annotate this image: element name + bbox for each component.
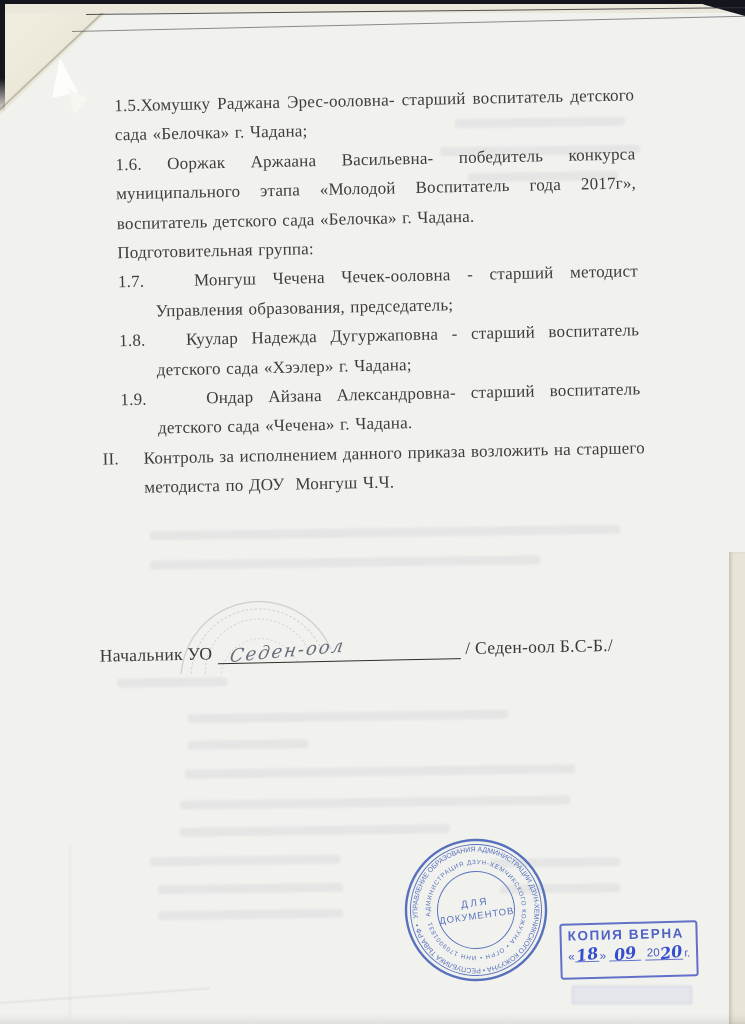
stamp-center-line2: ДОКУМЕНТОВ — [439, 906, 516, 927]
copy-verna-date: « 18 » 09 2020 г. — [568, 946, 690, 962]
signature-line: Седен-оол — [217, 632, 461, 664]
handwritten-year: 20 — [659, 945, 683, 960]
scanned-document-page: { "page": { "background": "#f1f1ee", "sc… — [0, 0, 745, 1024]
year-suffix: г. — [684, 947, 690, 959]
signature-name: / Седен-оол Б.С-Б./ — [465, 635, 613, 659]
order-text-block: 1.5.Хомушку Раджана Эрес-ооловна- старши… — [114, 80, 643, 502]
signature-label: Начальник УО — [100, 643, 213, 666]
year-prefix: 20 — [647, 947, 660, 959]
round-official-stamp: УПРАВЛЕНИЕ ОБРАЗОВАНИЯ АДМИНИСТРАЦИИ ДЗУ… — [380, 814, 572, 1006]
handwritten-day: 18 — [575, 948, 599, 963]
handwritten-month: 09 — [613, 947, 637, 962]
faint-stamp-remnant — [572, 986, 692, 1004]
item-marker-ii: II. — [102, 444, 119, 474]
quote-close: » — [599, 950, 606, 962]
document-content: 1.5.Хомушку Раджана Эрес-ооловна- старши… — [0, 0, 745, 1024]
copy-verna-title: КОПИЯ ВЕРНА — [567, 925, 689, 943]
copy-verna-stamp: КОПИЯ ВЕРНА « 18 » 09 2020 г. — [559, 920, 698, 980]
